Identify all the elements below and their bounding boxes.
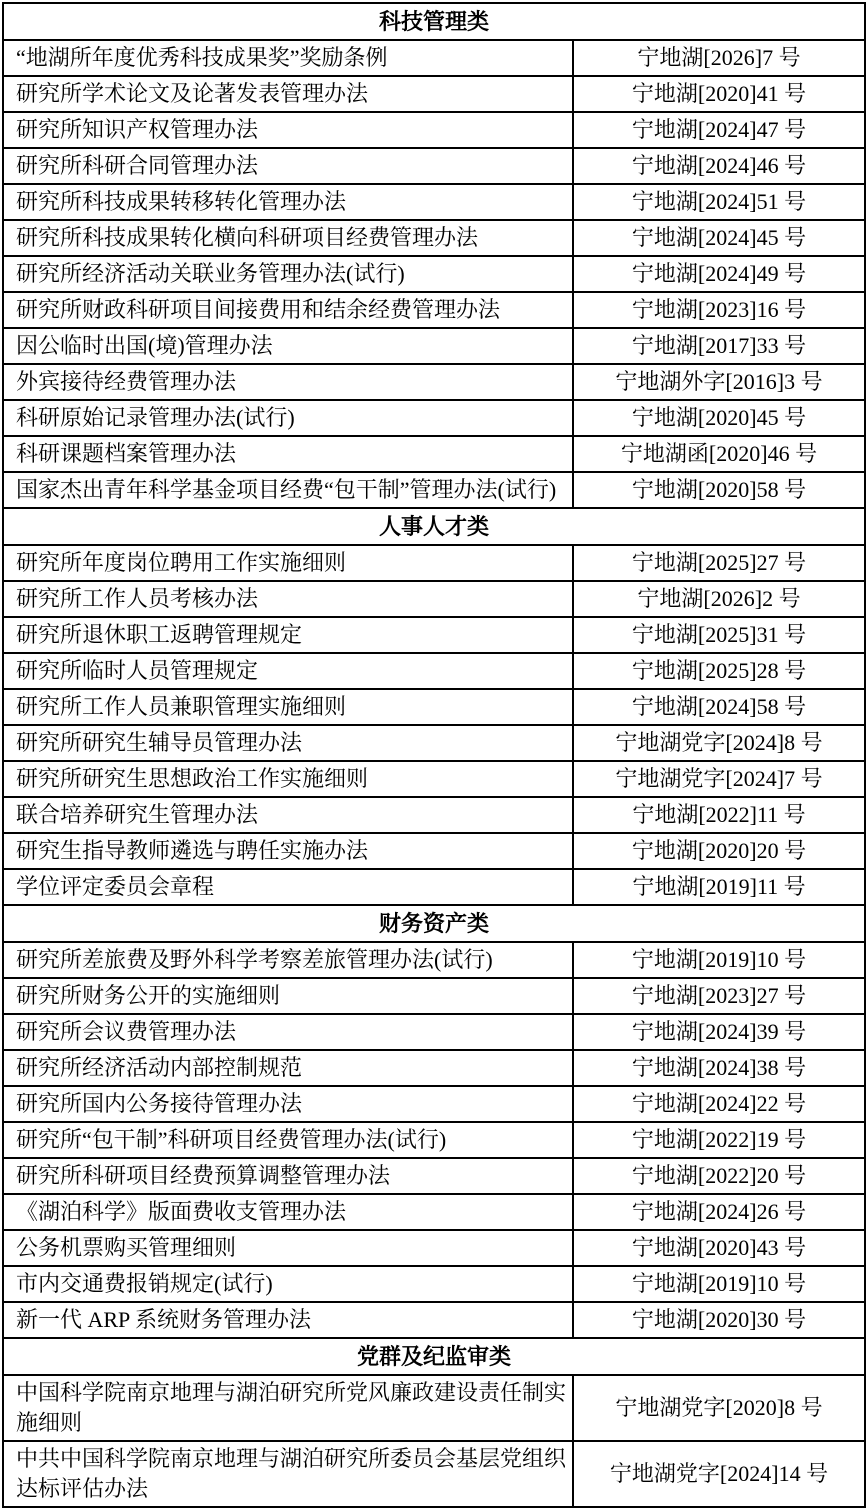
document-title-cell: 科研原始记录管理办法(试行)	[3, 400, 573, 436]
section-title: 科技管理类	[3, 3, 865, 40]
table-row: 研究所科研合同管理办法宁地湖[2024]46 号	[3, 148, 865, 184]
table-row: 研究生指导教师遴选与聘任实施办法宁地湖[2020]20 号	[3, 833, 865, 869]
section-header-row: 财务资产类	[3, 905, 865, 942]
document-title-cell: 研究所知识产权管理办法	[3, 112, 573, 148]
document-number-cell: 宁地湖函[2020]46 号	[573, 436, 865, 472]
table-row: 研究所科技成果转化横向科研项目经费管理办法宁地湖[2024]45 号	[3, 220, 865, 256]
table-row: 研究所知识产权管理办法宁地湖[2024]47 号	[3, 112, 865, 148]
document-number-cell: 宁地湖[2022]20 号	[573, 1158, 865, 1194]
table-row: 《湖泊科学》版面费收支管理办法宁地湖[2024]26 号	[3, 1194, 865, 1230]
table-row: 研究所工作人员考核办法宁地湖[2026]2 号	[3, 581, 865, 617]
table-row: 科研原始记录管理办法(试行)宁地湖[2020]45 号	[3, 400, 865, 436]
document-title-cell: 公务机票购买管理细则	[3, 1230, 573, 1266]
document-title-cell: 研究所科研项目经费预算调整管理办法	[3, 1158, 573, 1194]
document-number-cell: 宁地湖[2024]45 号	[573, 220, 865, 256]
document-number-cell: 宁地湖[2024]38 号	[573, 1050, 865, 1086]
document-title-cell: 科研课题档案管理办法	[3, 436, 573, 472]
document-number-cell: 宁地湖[2024]39 号	[573, 1014, 865, 1050]
table-row: 研究所退休职工返聘管理规定宁地湖[2025]31 号	[3, 617, 865, 653]
document-number-cell: 宁地湖党字[2020]8 号	[573, 1375, 865, 1441]
document-number-cell: 宁地湖党字[2024]14 号	[573, 1441, 865, 1507]
document-number-cell: 宁地湖[2020]20 号	[573, 833, 865, 869]
document-number-cell: 宁地湖[2023]27 号	[573, 978, 865, 1014]
document-title-cell: 国家杰出青年科学基金项目经费“包干制”管理办法(试行)	[3, 472, 573, 508]
document-number-cell: 宁地湖党字[2024]8 号	[573, 725, 865, 761]
section-title: 党群及纪监审类	[3, 1338, 865, 1375]
document-title-cell: 研究所年度岗位聘用工作实施细则	[3, 545, 573, 581]
document-title-cell: 研究所差旅费及野外科学考察差旅管理办法(试行)	[3, 942, 573, 978]
document-title-cell: 研究所经济活动关联业务管理办法(试行)	[3, 256, 573, 292]
table-row: 研究所学术论文及论著发表管理办法宁地湖[2020]41 号	[3, 76, 865, 112]
document-title-cell: 《湖泊科学》版面费收支管理办法	[3, 1194, 573, 1230]
document-title-cell: “地湖所年度优秀科技成果奖”奖励条例	[3, 40, 573, 76]
table-row: 学位评定委员会章程宁地湖[2019]11 号	[3, 869, 865, 905]
table-row: 研究所科技成果转移转化管理办法宁地湖[2024]51 号	[3, 184, 865, 220]
section-header-row: 党群及纪监审类	[3, 1338, 865, 1375]
document-title-cell: 中共中国科学院南京地理与湖泊研究所委员会基层党组织达标评估办法	[3, 1441, 573, 1507]
document-number-cell: 宁地湖[2024]47 号	[573, 112, 865, 148]
table-row: 公务机票购买管理细则宁地湖[2020]43 号	[3, 1230, 865, 1266]
document-number-cell: 宁地湖[2019]11 号	[573, 869, 865, 905]
document-number-cell: 宁地湖[2020]41 号	[573, 76, 865, 112]
table-row: 研究所会议费管理办法宁地湖[2024]39 号	[3, 1014, 865, 1050]
document-title-cell: 研究所临时人员管理规定	[3, 653, 573, 689]
section-title: 人事人才类	[3, 508, 865, 545]
table-row: 研究所差旅费及野外科学考察差旅管理办法(试行)宁地湖[2019]10 号	[3, 942, 865, 978]
document-title-cell: 研究所财政科研项目间接费用和结余经费管理办法	[3, 292, 573, 328]
table-row: 科研课题档案管理办法宁地湖函[2020]46 号	[3, 436, 865, 472]
section-header-row: 科技管理类	[3, 3, 865, 40]
document-title-cell: 研究所研究生辅导员管理办法	[3, 725, 573, 761]
document-number-cell: 宁地湖[2019]10 号	[573, 1266, 865, 1302]
document-title-cell: 研究所科研合同管理办法	[3, 148, 573, 184]
table-row: 研究所“包干制”科研项目经费管理办法(试行)宁地湖[2022]19 号	[3, 1122, 865, 1158]
document-number-cell: 宁地湖[2024]58 号	[573, 689, 865, 725]
document-number-cell: 宁地湖[2025]28 号	[573, 653, 865, 689]
document-number-cell: 宁地湖[2022]19 号	[573, 1122, 865, 1158]
document-number-cell: 宁地湖[2020]58 号	[573, 472, 865, 508]
document-title-cell: 研究所科技成果转化横向科研项目经费管理办法	[3, 220, 573, 256]
document-title-cell: 研究所工作人员考核办法	[3, 581, 573, 617]
document-number-cell: 宁地湖[2020]45 号	[573, 400, 865, 436]
regulations-table-body: 科技管理类“地湖所年度优秀科技成果奖”奖励条例宁地湖[2026]7 号研究所学术…	[3, 3, 865, 1507]
table-row: 因公临时出国(境)管理办法宁地湖[2017]33 号	[3, 328, 865, 364]
table-row: 新一代 ARP 系统财务管理办法宁地湖[2020]30 号	[3, 1302, 865, 1338]
document-number-cell: 宁地湖[2024]26 号	[573, 1194, 865, 1230]
section-title: 财务资产类	[3, 905, 865, 942]
table-row: 研究所临时人员管理规定宁地湖[2025]28 号	[3, 653, 865, 689]
document-number-cell: 宁地湖[2026]2 号	[573, 581, 865, 617]
document-title-cell: 研究所会议费管理办法	[3, 1014, 573, 1050]
document-title-cell: 研究所经济活动内部控制规范	[3, 1050, 573, 1086]
document-number-cell: 宁地湖[2024]22 号	[573, 1086, 865, 1122]
document-title-cell: 中国科学院南京地理与湖泊研究所党风廉政建设责任制实施细则	[3, 1375, 573, 1441]
document-number-cell: 宁地湖[2017]33 号	[573, 328, 865, 364]
document-number-cell: 宁地湖[2020]30 号	[573, 1302, 865, 1338]
table-row: 外宾接待经费管理办法宁地湖外字[2016]3 号	[3, 364, 865, 400]
document-title-cell: 市内交通费报销规定(试行)	[3, 1266, 573, 1302]
table-row: 市内交通费报销规定(试行)宁地湖[2019]10 号	[3, 1266, 865, 1302]
document-number-cell: 宁地湖外字[2016]3 号	[573, 364, 865, 400]
document-title-cell: 外宾接待经费管理办法	[3, 364, 573, 400]
table-row: 国家杰出青年科学基金项目经费“包干制”管理办法(试行)宁地湖[2020]58 号	[3, 472, 865, 508]
document-title-cell: 研究所退休职工返聘管理规定	[3, 617, 573, 653]
document-title-cell: 研究所“包干制”科研项目经费管理办法(试行)	[3, 1122, 573, 1158]
table-row: 研究所研究生辅导员管理办法宁地湖党字[2024]8 号	[3, 725, 865, 761]
table-row: 研究所国内公务接待管理办法宁地湖[2024]22 号	[3, 1086, 865, 1122]
table-row: 研究所科研项目经费预算调整管理办法宁地湖[2022]20 号	[3, 1158, 865, 1194]
table-row: 联合培养研究生管理办法宁地湖[2022]11 号	[3, 797, 865, 833]
document-title-cell: 研究生指导教师遴选与聘任实施办法	[3, 833, 573, 869]
document-title-cell: 研究所学术论文及论著发表管理办法	[3, 76, 573, 112]
table-row: 研究所研究生思想政治工作实施细则宁地湖党字[2024]7 号	[3, 761, 865, 797]
document-title-cell: 新一代 ARP 系统财务管理办法	[3, 1302, 573, 1338]
table-row: 研究所工作人员兼职管理实施细则宁地湖[2024]58 号	[3, 689, 865, 725]
document-number-cell: 宁地湖[2024]46 号	[573, 148, 865, 184]
document-number-cell: 宁地湖[2025]27 号	[573, 545, 865, 581]
table-row: 研究所财政科研项目间接费用和结余经费管理办法宁地湖[2023]16 号	[3, 292, 865, 328]
table-row: 研究所经济活动关联业务管理办法(试行)宁地湖[2024]49 号	[3, 256, 865, 292]
document-title-cell: 因公临时出国(境)管理办法	[3, 328, 573, 364]
document-number-cell: 宁地湖[2020]43 号	[573, 1230, 865, 1266]
document-title-cell: 学位评定委员会章程	[3, 869, 573, 905]
section-header-row: 人事人才类	[3, 508, 865, 545]
table-row: “地湖所年度优秀科技成果奖”奖励条例宁地湖[2026]7 号	[3, 40, 865, 76]
document-number-cell: 宁地湖[2022]11 号	[573, 797, 865, 833]
document-number-cell: 宁地湖党字[2024]7 号	[573, 761, 865, 797]
document-number-cell: 宁地湖[2019]10 号	[573, 942, 865, 978]
document-title-cell: 研究所国内公务接待管理办法	[3, 1086, 573, 1122]
table-row: 中国科学院南京地理与湖泊研究所党风廉政建设责任制实施细则宁地湖党字[2020]8…	[3, 1375, 865, 1441]
document-title-cell: 研究所工作人员兼职管理实施细则	[3, 689, 573, 725]
document-number-cell: 宁地湖[2024]51 号	[573, 184, 865, 220]
document-number-cell: 宁地湖[2025]31 号	[573, 617, 865, 653]
document-number-cell: 宁地湖[2024]49 号	[573, 256, 865, 292]
document-title-cell: 研究所财务公开的实施细则	[3, 978, 573, 1014]
table-row: 研究所财务公开的实施细则宁地湖[2023]27 号	[3, 978, 865, 1014]
document-number-cell: 宁地湖[2023]16 号	[573, 292, 865, 328]
document-title-cell: 研究所研究生思想政治工作实施细则	[3, 761, 573, 797]
table-row: 研究所经济活动内部控制规范宁地湖[2024]38 号	[3, 1050, 865, 1086]
document-number-cell: 宁地湖[2026]7 号	[573, 40, 865, 76]
regulations-table: 科技管理类“地湖所年度优秀科技成果奖”奖励条例宁地湖[2026]7 号研究所学术…	[2, 2, 866, 1508]
document-title-cell: 联合培养研究生管理办法	[3, 797, 573, 833]
table-row: 研究所年度岗位聘用工作实施细则宁地湖[2025]27 号	[3, 545, 865, 581]
table-row: 中共中国科学院南京地理与湖泊研究所委员会基层党组织达标评估办法宁地湖党字[202…	[3, 1441, 865, 1507]
document-title-cell: 研究所科技成果转移转化管理办法	[3, 184, 573, 220]
